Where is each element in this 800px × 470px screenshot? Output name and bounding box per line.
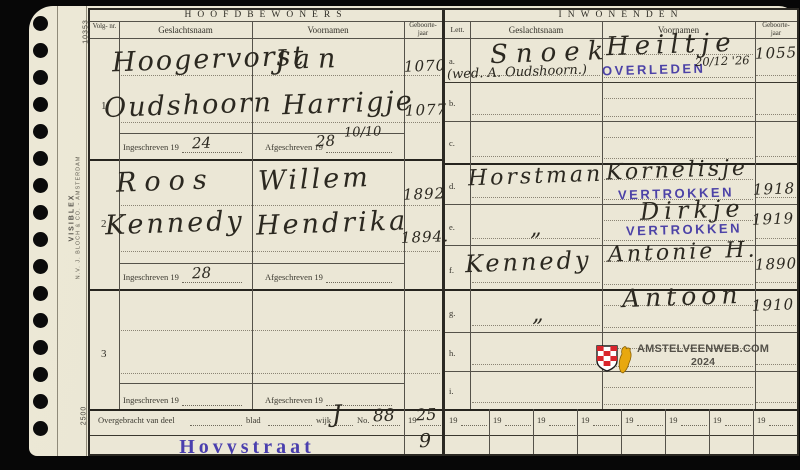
row-letter-c: c.: [449, 138, 455, 148]
ingeschreven-label-2: Ingeschreven 19: [123, 272, 179, 282]
register-form: HOOFDBEWONERS INWONENDEN Volg- nr. Gesla…: [88, 8, 799, 456]
lodger-g-ditto: „: [532, 304, 547, 326]
header-birthyear-right: Geboorte- jaar: [757, 22, 795, 38]
watermark-site: AMSTELVEENWEB.COM: [637, 343, 769, 356]
lodger-f-firstnames: Antonie H.: [608, 239, 758, 266]
resident2-firstnames: Harrigje: [282, 88, 415, 120]
year-cell-6: 19: [669, 415, 678, 425]
year-cell-3: 19: [537, 415, 546, 425]
lodger-a-year: 1055: [755, 45, 798, 61]
year-cell-7: 19: [713, 415, 722, 425]
header-firstnames-left: Voornamen: [252, 25, 404, 35]
street-name-stamp: Hovystraat: [90, 436, 404, 456]
resident3-year: 1892: [403, 186, 446, 202]
row-letter-b: b.: [449, 98, 455, 108]
row-letter-e: e.: [449, 222, 455, 232]
row-letter-h: h.: [449, 348, 455, 358]
resident3-firstnames: Willem: [258, 164, 372, 195]
lodger-e-year: 1919: [752, 211, 795, 227]
ingeschreven-label-1: Ingeschreven 19: [123, 142, 179, 152]
coat-of-arms-icon: [595, 345, 633, 375]
overleden-date: 20/12 '26: [695, 55, 750, 68]
brand-subtitle: N.V. J. BLOCH & CO. - AMSTERDAM: [76, 128, 82, 308]
row-letter-i: i.: [449, 386, 454, 396]
watermark-year: 2024: [637, 356, 769, 369]
transfer-label: Overgebracht van deel: [98, 415, 175, 425]
resident2-surname: Oudshoorn: [104, 89, 274, 122]
blad-label: blad: [246, 415, 261, 425]
header-surname-right: Geslachtsnaam: [470, 25, 602, 35]
lodger-e-ditto: „: [530, 218, 545, 240]
stock-number-bottom: 2500: [81, 396, 88, 436]
first-year-value: 25: [416, 407, 437, 424]
lodger-f-year: 1890: [755, 256, 798, 272]
lodger-d-surname: Horstman: [468, 164, 604, 191]
section-title-hoofdbewoners: HOOFDBEWONERS: [90, 10, 442, 20]
header-volgnr: Volg- nr.: [91, 23, 118, 31]
resident4-surname: Kennedy: [105, 208, 246, 240]
year-cell-5: 19: [625, 415, 634, 425]
printer-brand: VISIBLEX N.V. J. BLOCH & CO. - AMSTERDAM: [69, 128, 82, 308]
ingeschreven-value-2: 28: [192, 266, 212, 282]
lodger-e-firstnames: Dirkje: [640, 196, 745, 224]
no-label: No.: [357, 415, 370, 425]
lodger-f-surname: Kennedy: [465, 248, 592, 276]
header-lett: Lett.: [445, 25, 470, 34]
header-surname-left: Geslachtsnaam: [119, 25, 252, 35]
afgeschreven-note-1: 10/10: [344, 125, 382, 139]
first-year-below: 9: [419, 432, 432, 451]
lodger-d-year: 1918: [753, 181, 796, 197]
resident2-year: 1077: [405, 102, 448, 118]
block-number-3: 3: [101, 348, 107, 360]
resident3-surname: Roos: [116, 166, 216, 196]
lodger-g-firstnames: Antoon: [622, 282, 743, 311]
scanned-register-card: VISIBLEX N.V. J. BLOCH & CO. - AMSTERDAM…: [0, 0, 800, 470]
afgeschreven-label-2: Afgeschreven 19: [265, 272, 323, 282]
afgeschreven-label-3: Afgeschreven 19: [265, 395, 323, 405]
year-cell-8: 19: [757, 415, 766, 425]
row-letter-f: f.: [449, 265, 454, 275]
row-letter-d: d.: [449, 181, 455, 191]
brand-name: VISIBLEX: [69, 128, 76, 308]
afgeschreven-label-1: Afgeschreven 19: [265, 142, 323, 152]
year-cell-4: 19: [581, 415, 590, 425]
resident4-year: 1894.: [401, 229, 449, 246]
year-cell-2: 19: [493, 415, 502, 425]
resident1-year: 1070: [404, 58, 447, 74]
wijk-value: J: [332, 402, 342, 426]
year-cell-1: 19: [449, 415, 458, 425]
section-title-inwonenden: INWONENDEN: [445, 10, 797, 20]
lodger-a-surname-note: (wed. A. Oudshoorn.): [447, 64, 587, 82]
lodger-d-firstnames: Kornelisje: [606, 158, 749, 185]
row-letter-g: g.: [449, 308, 455, 318]
afgeschreven-value-1: 28: [316, 134, 336, 150]
resident1-firstnames: Jan: [275, 45, 344, 74]
resident4-firstnames: Hendrika: [256, 207, 409, 239]
no-value: 88: [373, 408, 395, 426]
overleden-stamp: OVERLEDEN: [602, 61, 706, 79]
header-birthyear-left: Geboorte- jaar: [405, 22, 441, 38]
ingeschreven-label-3: Ingeschreven 19: [123, 395, 179, 405]
wijk-label: wijk: [316, 415, 331, 425]
watermark: AMSTELVEENWEB.COM 2024: [595, 343, 757, 381]
card-paper: VISIBLEX N.V. J. BLOCH & CO. - AMSTERDAM…: [29, 6, 797, 456]
row-letter-a: a.: [449, 56, 455, 66]
ingeschreven-value-1: 24: [192, 136, 212, 152]
lodger-g-year: 1910: [752, 297, 795, 313]
vertrokken-stamp-e: VERTROKKEN: [626, 220, 742, 238]
